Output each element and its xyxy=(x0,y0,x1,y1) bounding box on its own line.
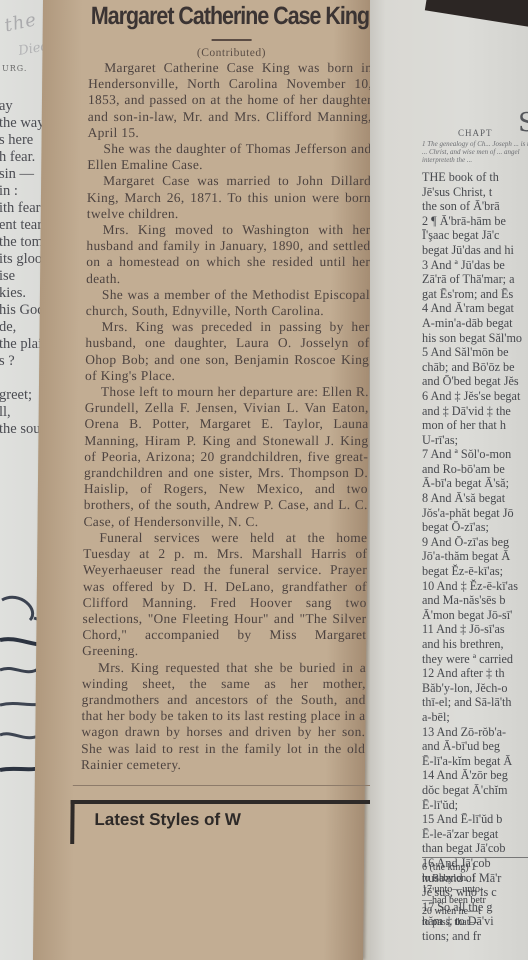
bible-verse-line: A-min'a-dāb begat xyxy=(422,316,528,331)
bible-verse-line: dŏc begat Ā'chĭm xyxy=(422,783,528,798)
bible-verse-line: 9 And Ō-zī'as beg xyxy=(422,535,528,550)
bible-verse-line: thī-el; and Sā-lā'th xyxy=(422,695,528,710)
bible-verse-line: Băb'y-lon, Jĕch-o xyxy=(422,681,528,696)
obituary-paragraph: Mrs. King was preceded in passing by her… xyxy=(83,319,374,384)
bible-verse-line: begat Ō-zī'as; xyxy=(422,520,528,535)
bible-verse-line: Ē-lī'ŭd; xyxy=(422,798,528,813)
obituary-paragraph: Those left to mourn her departure are: E… xyxy=(81,384,373,530)
next-article-box: Latest Styles of W xyxy=(70,800,386,844)
bible-page: S CHAPT 1 The genealogy of Ch... Joseph … xyxy=(370,0,528,960)
obituary-body: Margaret Catherine Case King was born in… xyxy=(79,60,376,773)
headline-rule xyxy=(212,39,252,41)
bible-verse-line: 5 And Săl'mōn be xyxy=(422,345,528,360)
bible-verse-line: the son of Ā'brā xyxy=(422,199,528,214)
bible-verse-line: 7 And ª Sŏl'o-mon xyxy=(422,447,528,462)
obituary-paragraph: Margaret Case was married to John Dillar… xyxy=(85,173,376,222)
footnote-line: 17 unto—unto- xyxy=(422,884,528,895)
chapter-heading: CHAPT xyxy=(458,128,528,138)
bible-verse-line: 2 ¶ Ā'brā-hām be xyxy=(422,214,528,229)
bible-verse-line: than begat Jā'cob xyxy=(422,841,528,856)
obituary-byline: (Contributed) xyxy=(86,47,376,59)
bible-verse-line: begat Ĕz-ē-kī'as; xyxy=(422,564,528,579)
bible-verse-line: and his brethren, xyxy=(422,637,528,652)
bible-verse-line: his son begat Săl'mo xyxy=(422,331,528,346)
bible-verse-line: Ā'mon begat Jō-sī' xyxy=(422,608,528,623)
footnote-line: 20 when he—t xyxy=(422,906,528,917)
next-article-title: Latest Styles of W xyxy=(74,804,382,830)
bible-verse-line: 15 And Ē-lī'ŭd b xyxy=(422,812,528,827)
column-rule xyxy=(73,785,383,786)
bible-verse-line: and Ma-năs'sēs b xyxy=(422,593,528,608)
bible-verse-line: 3 And ª Jū'das be xyxy=(422,258,528,273)
bible-verse-line: and Ā-bī'ud beg xyxy=(422,739,528,754)
bible-verse-line: 8 And Ā'să begat xyxy=(422,491,528,506)
bible-verse-line: 6 And ‡ Jĕs'se begat xyxy=(422,389,528,404)
bible-verse-line: a-bēl; xyxy=(422,710,528,725)
bible-verse-line: Jō'a-thăm begat Ā xyxy=(422,549,528,564)
footnote-line: —had been betr xyxy=(422,895,528,906)
obituary-headline: Margaret Catherine Case King xyxy=(91,2,337,31)
bible-verse-line: chāb; and Bō'ōz be xyxy=(422,360,528,375)
bible-verse-line: 13 And Zō-rŏb'a- xyxy=(422,725,528,740)
verse-list: THE book of th Jē'sus Christ, tthe son o… xyxy=(422,170,528,943)
bible-verse-line: Ī'şaac begat Jā'c xyxy=(422,228,528,243)
bible-verse-line: Jŏs'a-phăt begat Jō xyxy=(422,506,528,521)
bible-verse-line: 4 And Ā'ram begat xyxy=(422,301,528,316)
obituary-paragraph: Mrs. King moved to Washington with her h… xyxy=(84,222,375,287)
bible-verse-line: tions; and fr xyxy=(422,929,528,944)
bible-verse-line: Ē-lī'a-kĭm begat Ā xyxy=(422,754,528,769)
bible-verse-line: THE book of th xyxy=(422,170,528,185)
bible-verse-line: Ā-bī'a begat Ā'să; xyxy=(422,476,528,491)
bible-verse-line: 11 And ‡ Jō-sī'as xyxy=(422,622,528,637)
bible-verse-line: they were ª carried xyxy=(422,652,528,667)
obituary-paragraph: Funeral services were held at the home T… xyxy=(80,530,371,660)
bible-footnotes: 6 (the king) 1to Babylon. 117 unto—unto-… xyxy=(422,857,528,928)
newspaper-clipping: Margaret Catherine Case King (Contribute… xyxy=(33,0,373,960)
bible-verse-line: U-rī'as; xyxy=(422,433,528,448)
bible-verse-line: and ‡ Dā'vid ‡ the xyxy=(422,404,528,419)
obituary-paragraph: Margaret Catherine Case King was born in… xyxy=(86,60,377,141)
bible-verse-line: 12 And after ‡ th xyxy=(422,666,528,681)
obituary-paragraph: She was a member of the Methodist Episco… xyxy=(84,287,374,319)
footnote-line: to pass, that— xyxy=(422,917,528,928)
footnote-line: to Babylon. 1 xyxy=(422,873,528,884)
bible-verse-line: and Ō'bed begat Jĕs xyxy=(422,374,528,389)
bible-column: CHAPT 1 The genealogy of Ch... Joseph ..… xyxy=(422,118,528,943)
background-shadow xyxy=(425,0,528,29)
obituary-paragraph: She was the daughter of Thomas Jefferson… xyxy=(85,141,375,173)
bible-verse-line: gat Ēs'rom; and Ēs xyxy=(422,287,528,302)
bible-verse-line: Ē-le-ā'zar begat xyxy=(422,827,528,842)
obituary-paragraph: Mrs. King requested that she be buried i… xyxy=(79,660,370,773)
hymnal-running-head: URG. xyxy=(2,64,27,73)
bible-verse-line: Jē'sus Christ, t xyxy=(422,185,528,200)
chapter-summary: 1 The genealogy of Ch... Joseph ... is t… xyxy=(422,140,528,164)
footnote-line: 6 (the king) 1 xyxy=(422,862,528,873)
bible-verse-line: mon of her that h xyxy=(422,418,528,433)
bible-verse-line: 14 And Ā'zōr beg xyxy=(422,768,528,783)
bible-verse-line: Zā'rā of Thā'mar; a xyxy=(422,272,528,287)
bible-verse-line: begat Jū'das and hi xyxy=(422,243,528,258)
bible-verse-line: and Ro-bō'am be xyxy=(422,462,528,477)
bible-verse-line: 10 And ‡ Ĕz-ē-kī'as xyxy=(422,579,528,594)
